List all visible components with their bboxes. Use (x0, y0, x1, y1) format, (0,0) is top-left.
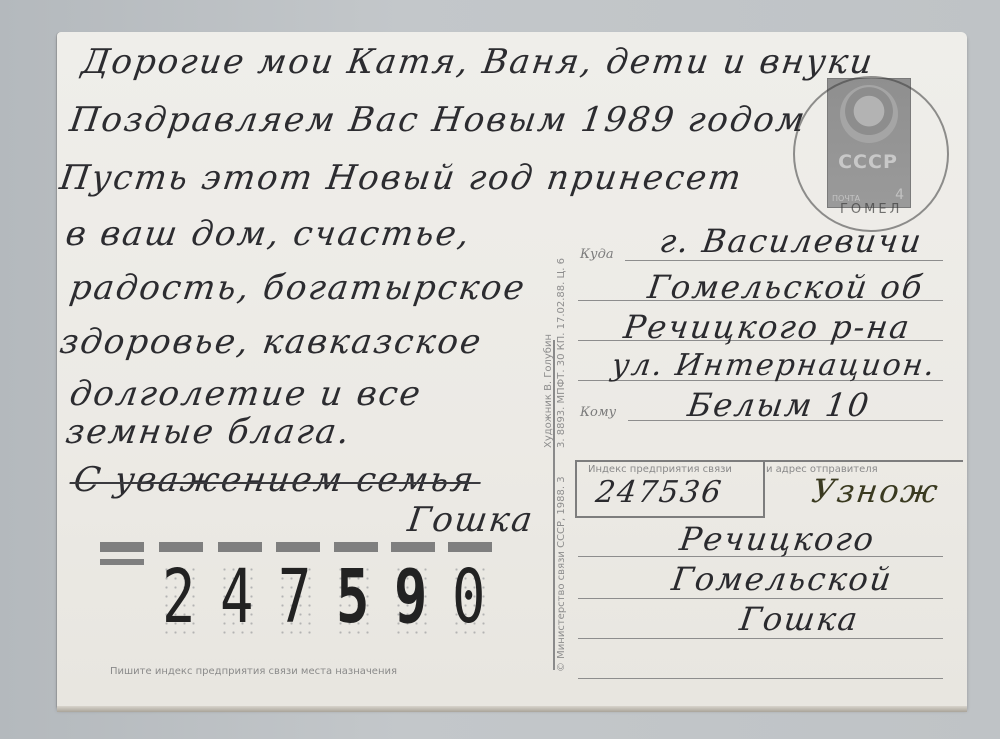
print-credit-line2: © Министерство связи СССР, 1988. 3 (556, 476, 567, 672)
zip-digit: 7 (278, 560, 311, 634)
message-signature-name: Гошка (405, 500, 536, 540)
sender-line-text: Гомельской (669, 560, 895, 598)
zip-bar (100, 559, 144, 565)
zip-bar (448, 542, 492, 552)
zip-instruction: Пишите индекс предприятия связи места на… (110, 666, 397, 677)
postmark-text: ГОМЕЛ (840, 202, 902, 217)
message-line: радость, богатырское (67, 268, 528, 308)
address-to-line: Речицкого р-на (621, 308, 913, 346)
message-line: земные блага. (63, 412, 353, 452)
sender-line-text: Узнож (809, 472, 942, 510)
zip-bar (391, 542, 435, 552)
address-to-line: ул. Интернацион. (610, 348, 939, 383)
sender-index-value: 247536 (594, 475, 725, 510)
whom-label: Кому (580, 405, 616, 420)
zip-bar (334, 542, 378, 552)
message-line: Дорогие мои Катя, Ваня, дети и внуки (79, 42, 877, 82)
zip-bar (100, 542, 144, 552)
sender-line (578, 598, 943, 599)
message-line: долголетие и все (67, 374, 424, 414)
message-line-signature: С уважением семья (71, 460, 478, 500)
divider-line (553, 340, 555, 670)
to-label: Куда (580, 247, 614, 262)
sender-line (578, 678, 943, 679)
message-line: здоровье, кавказское (57, 322, 485, 362)
sender-line-text: Речицкого (677, 520, 877, 558)
zip-bar (276, 542, 320, 552)
address-line (625, 260, 943, 261)
zip-digit: 0 (452, 560, 485, 634)
address-to-line: г. Василевичи (657, 222, 925, 260)
zip-digit: 2 (162, 560, 195, 634)
zip-digit: 9 (394, 560, 427, 634)
message-line: Поздравляем Вас Новым 1989 годом (67, 100, 809, 140)
postcard-edge (57, 706, 967, 712)
address-to-line: Гомельской об (645, 268, 926, 306)
zip-bar (159, 542, 203, 552)
message-line: Пусть этот Новый год принесет (57, 158, 745, 198)
message-line: в ваш дом, счастье, (63, 214, 473, 254)
address-whom-line: Белым 10 (685, 386, 873, 424)
zip-bar (218, 542, 262, 552)
zip-digit: 4 (220, 560, 253, 634)
sender-line (578, 638, 943, 639)
sender-line-text: Гошка (737, 600, 861, 638)
print-credit-line1: 3. 8893. МПФТ. 30 КП. 17.02.88. Ц. 6 (556, 258, 567, 448)
sender-index-label: Индекс предприятия связи (588, 464, 732, 475)
zip-digit: 5 (336, 560, 369, 634)
